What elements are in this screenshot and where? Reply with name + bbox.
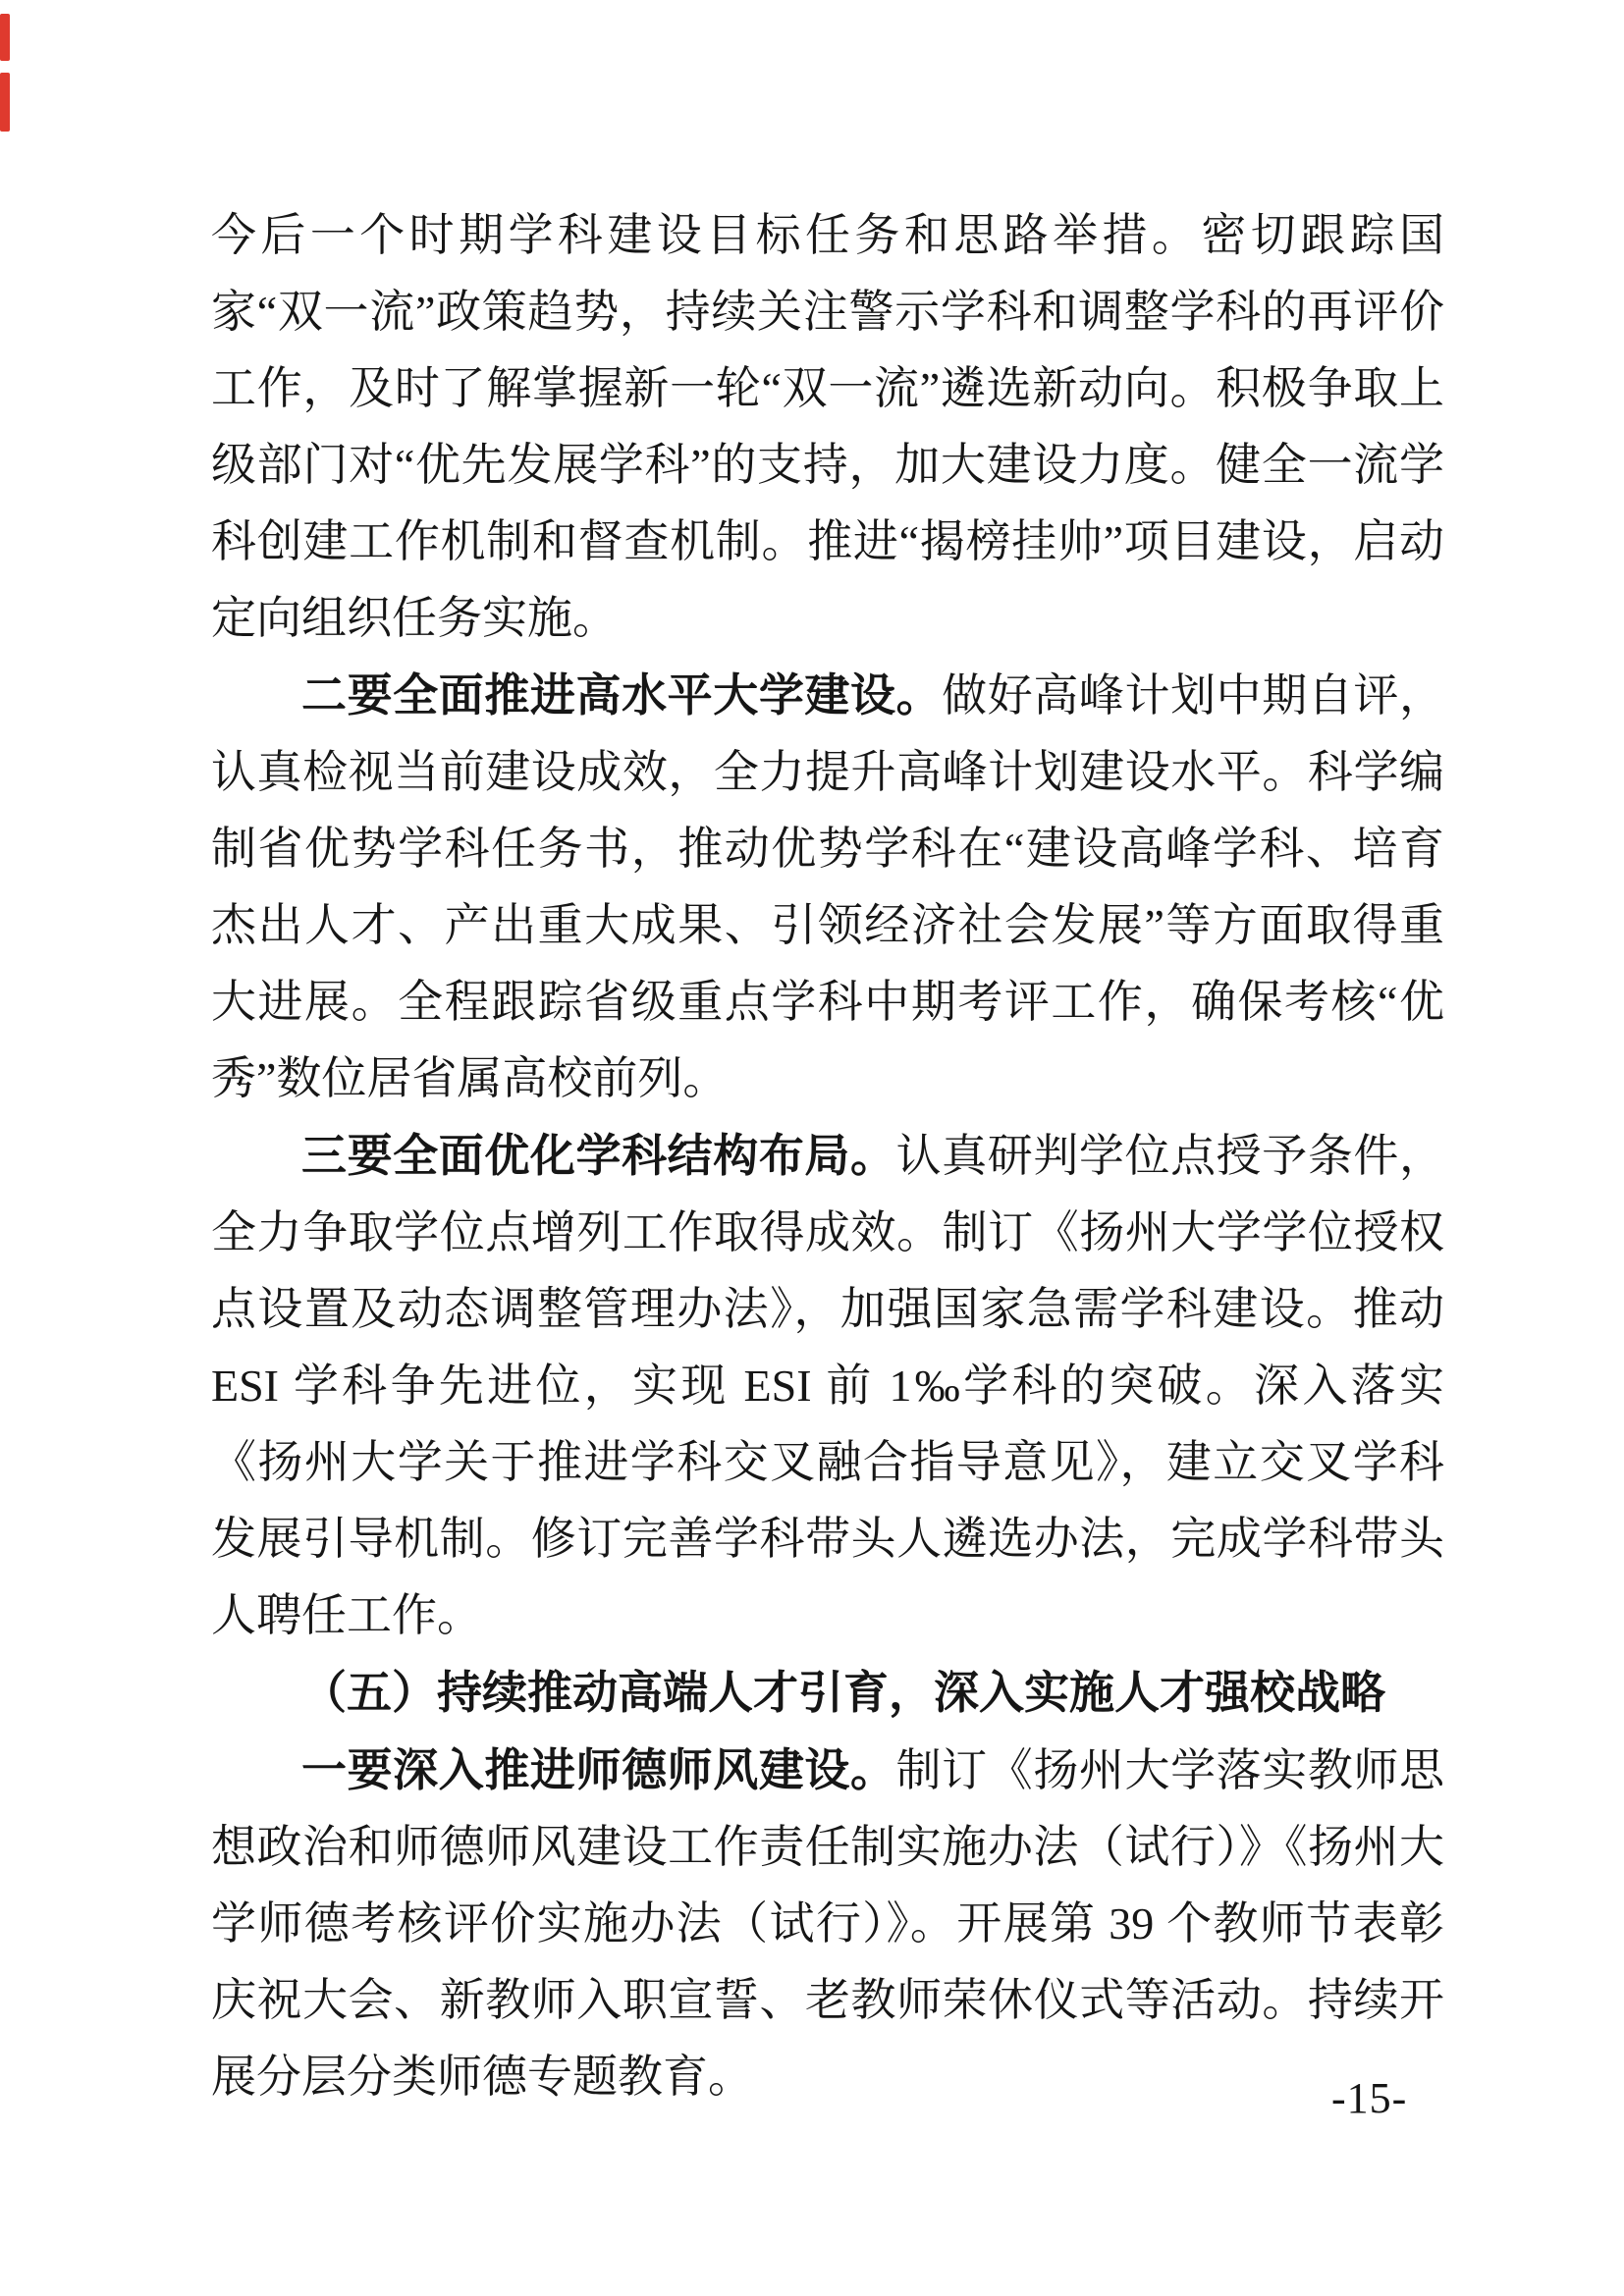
document-page: 今后一个时期学科建设目标任务和思路举措。密切跟踪国家“双一流”政策趋势，持续关注… (0, 0, 1624, 2296)
bold-heading-segment: （五）持续推动高端人才引育，深入实施人才强校战略 (301, 1667, 1385, 1718)
text-segment: 制订《扬州大学落实教师思想政治和师德师风建设工作责任制实施办法（试行）》《扬州大… (211, 1745, 1444, 2102)
bold-heading-segment: 一要深入推进师德师风建设。 (301, 1744, 896, 1795)
text-segment: 认真研判学位点授予条件，全力争取学位点增列工作取得成效。制订《扬州大学学位授权点… (211, 1131, 1444, 1640)
bold-heading-segment: 二要全面推进高水平大学建设。 (301, 669, 942, 721)
paragraph: （五）持续推动高端人才引育，深入实施人才强校战略 (211, 1654, 1444, 1732)
paragraph: 三要全面优化学科结构布局。认真研判学位点授予条件，全力争取学位点增列工作取得成效… (211, 1117, 1444, 1654)
red-edge-mark (0, 14, 10, 61)
text-segment: 做好高峰计划中期自评，认真检视当前建设成效，全力提升高峰计划建设水平。科学编制省… (211, 670, 1444, 1103)
page-number: -15- (1331, 2073, 1407, 2124)
red-edge-mark (0, 73, 10, 132)
document-body: 今后一个时期学科建设目标任务和思路举措。密切跟踪国家“双一流”政策趋势，持续关注… (211, 197, 1444, 2115)
paragraph: 二要全面推进高水平大学建设。做好高峰计划中期自评，认真检视当前建设成效，全力提升… (211, 657, 1444, 1117)
paragraph: 一要深入推进师德师风建设。制订《扬州大学落实教师思想政治和师德师风建设工作责任制… (211, 1732, 1444, 2115)
bold-heading-segment: 三要全面优化学科结构布局。 (301, 1130, 896, 1181)
paragraph: 今后一个时期学科建设目标任务和思路举措。密切跟踪国家“双一流”政策趋势，持续关注… (211, 197, 1444, 657)
text-segment: 今后一个时期学科建设目标任务和思路举措。密切跟踪国家“双一流”政策趋势，持续关注… (211, 210, 1444, 643)
